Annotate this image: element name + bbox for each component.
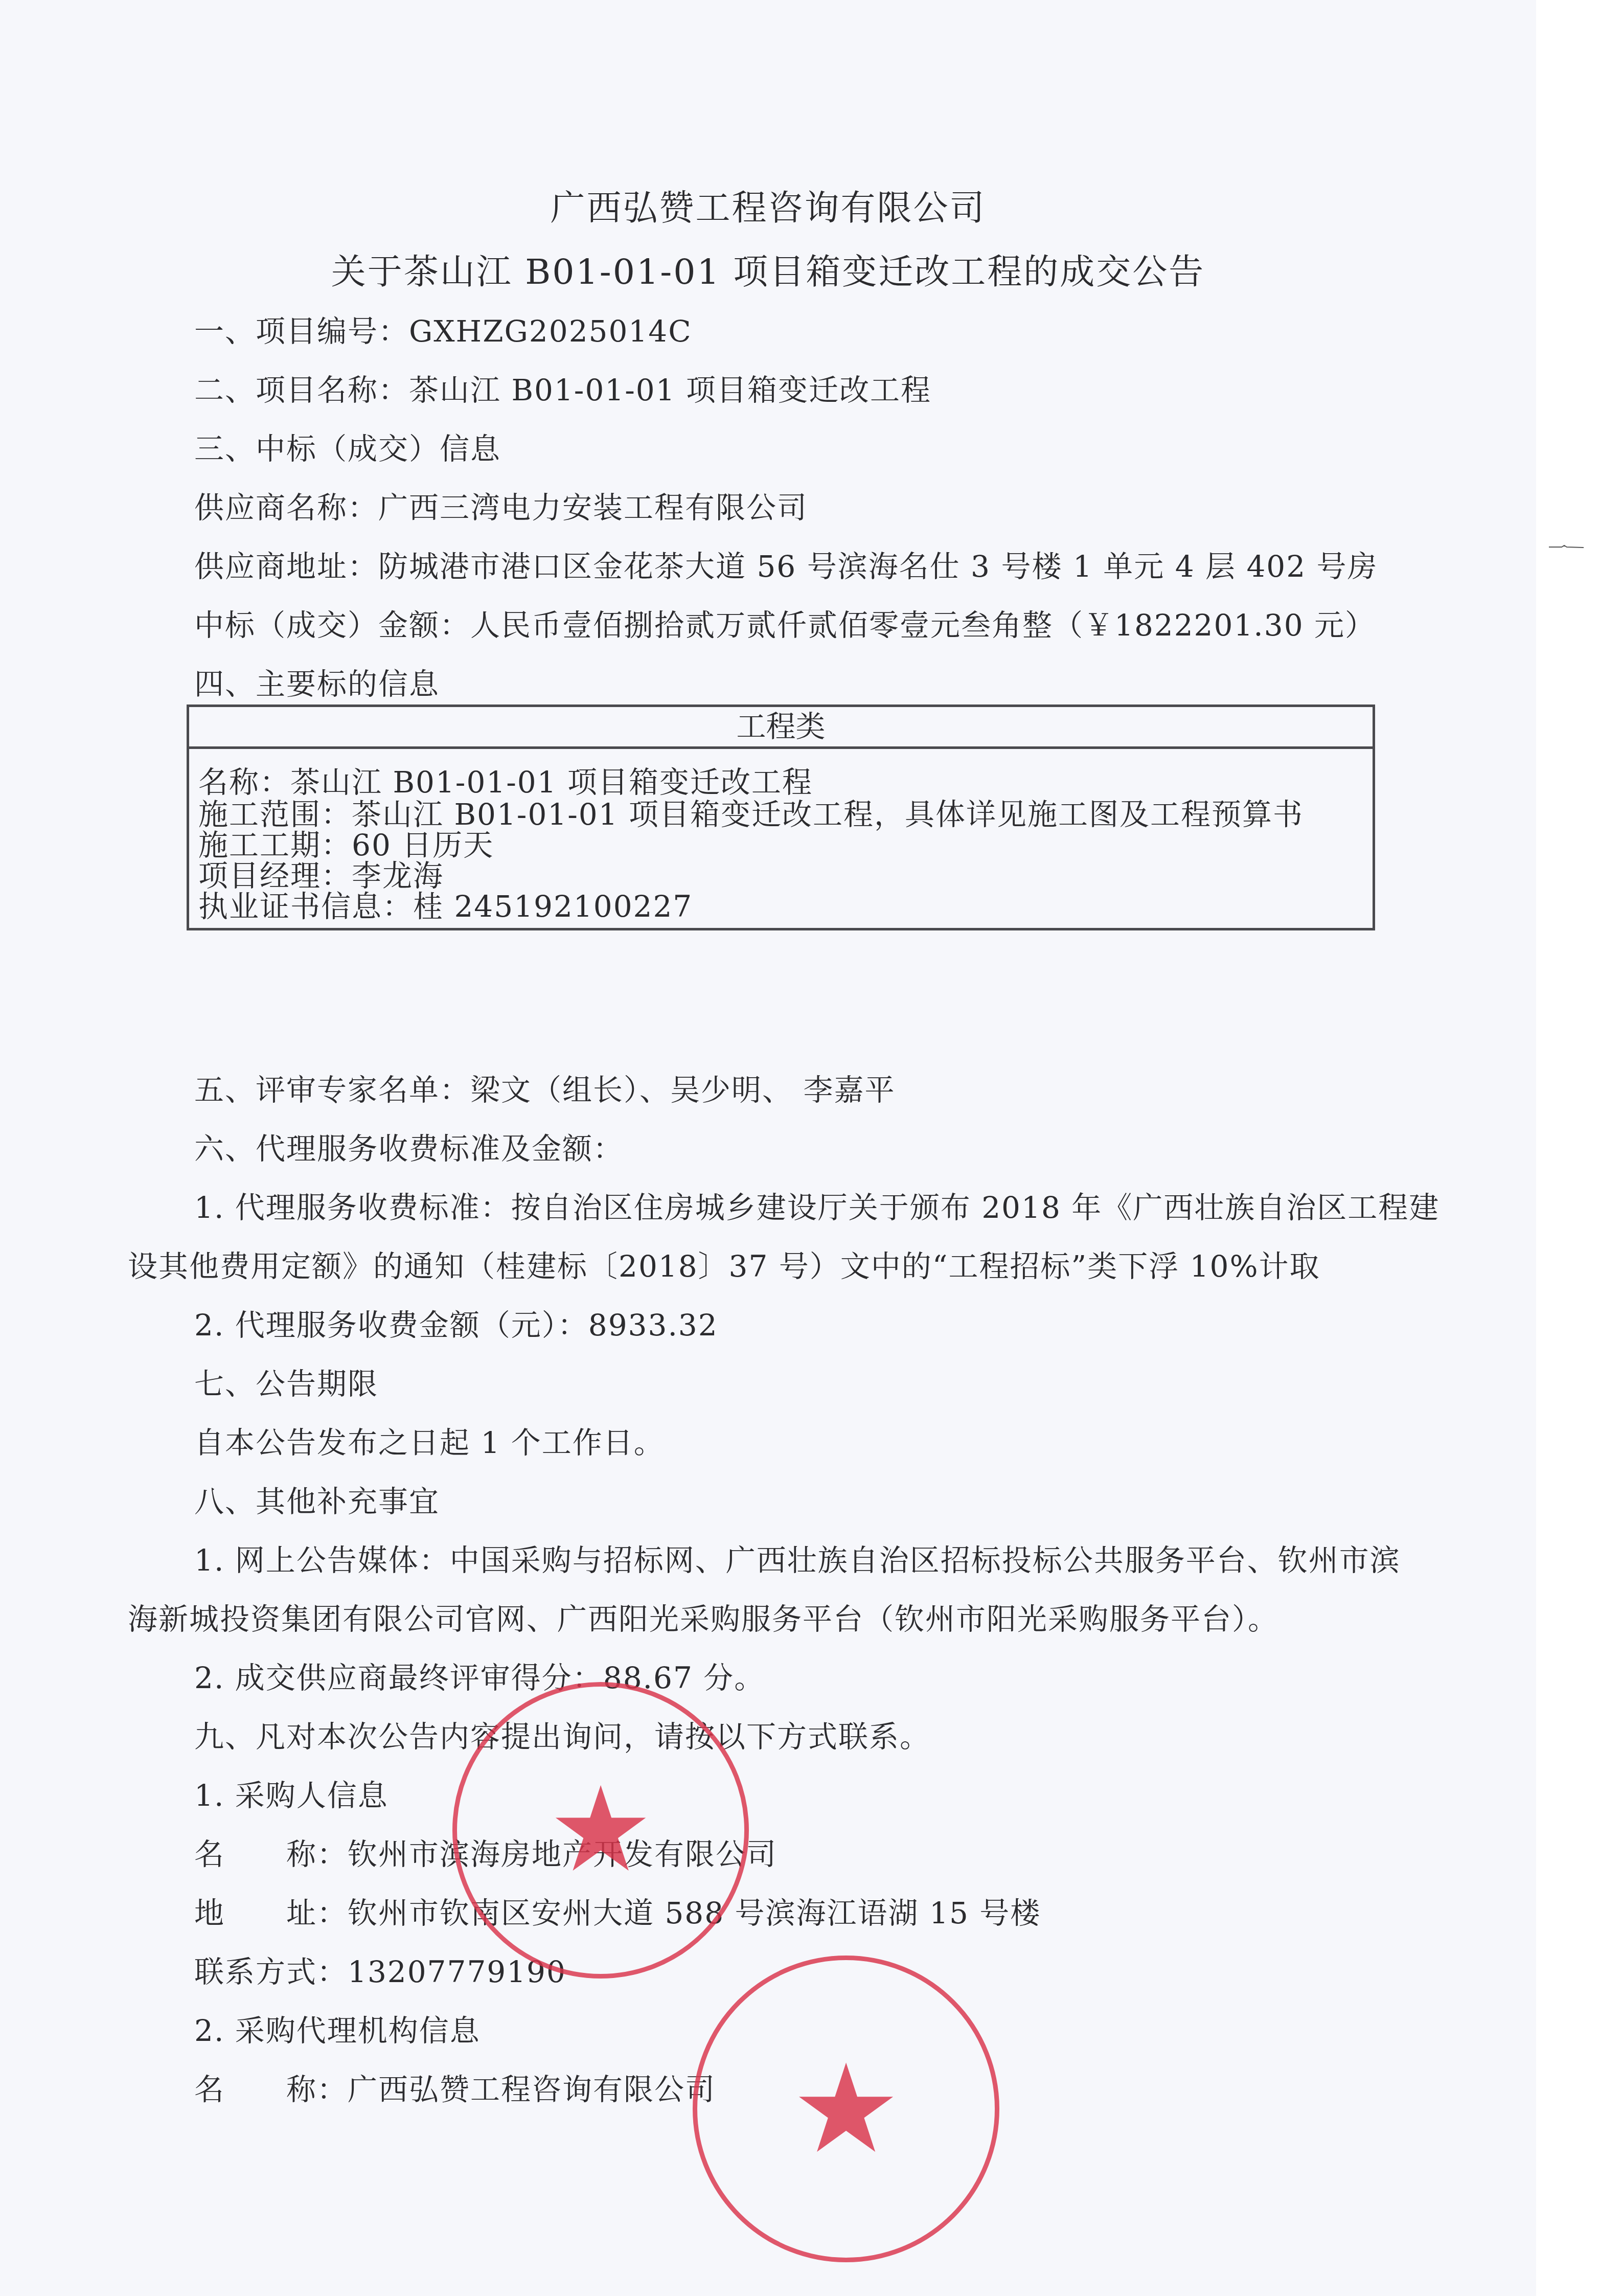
table-row: 名称：茶山江 B01-01-01 项目箱变迁改工程	[198, 764, 813, 800]
purchaser-heading: 1. 采购人信息	[194, 1778, 389, 1813]
agency-fee-standard-cont: 设其他费用定额》的通知（桂建标〔2018〕37 号）文中的“工程招标”类下浮 1…	[128, 1248, 1320, 1284]
agency-fee-standard: 1. 代理服务收费标准：按自治区住房城乡建设厅关于颁布 2018 年《广西壮族自…	[194, 1190, 1440, 1225]
agency-heading: 2. 采购代理机构信息	[194, 2013, 481, 2049]
agency-seal: ★	[693, 1956, 999, 2262]
table-row: 执业证书信息：桂 245192100227	[198, 889, 693, 924]
purchaser-phone: 联系方式：13207779190	[194, 1954, 566, 1990]
notice-period-text: 自本公告发布之日起 1 个工作日。	[194, 1425, 665, 1461]
supplier-name: 供应商名称：广西三湾电力安装工程有限公司	[194, 490, 808, 526]
experts-list: 五、评审专家名单：梁文（组长）、吴少明、 李嘉平	[194, 1072, 895, 1108]
star-icon: ★	[791, 2048, 901, 2170]
other-heading: 八、其他补充事宜	[194, 1484, 440, 1519]
supplier-address: 供应商地址：防城港市港口区金花茶大道 56 号滨海名仕 3 号楼 1 单元 4 …	[194, 549, 1378, 584]
agency-name: 名 称：广西弘赞工程咨询有限公司	[194, 2072, 716, 2107]
award-info-heading: 三、中标（成交）信息	[194, 431, 501, 467]
company-heading: 广西弘赞工程咨询有限公司	[0, 188, 1536, 229]
scan-mark	[1549, 544, 1585, 549]
project-number: 一、项目编号：GXHZG2025014C	[194, 313, 692, 349]
publication-media: 1. 网上公告媒体：中国采购与招标网、广西壮族自治区招标投标公共服务平台、钦州市…	[194, 1542, 1401, 1578]
subject-heading: 四、主要标的信息	[194, 666, 440, 702]
agency-fee-heading: 六、代理服务收费标准及金额：	[194, 1131, 624, 1167]
notice-period-heading: 七、公告期限	[194, 1366, 378, 1402]
final-score: 2. 成交供应商最终评审得分：88.67 分。	[194, 1660, 765, 1696]
project-name: 二、项目名称：茶山江 B01-01-01 项目箱变迁改工程	[194, 372, 931, 408]
star-icon: ★	[548, 1771, 653, 1889]
agency-fee-amount: 2. 代理服务收费金额（元）：8933.32	[194, 1307, 718, 1343]
purchaser-seal: ★	[452, 1682, 749, 1979]
subject-table: 工程类 名称：茶山江 B01-01-01 项目箱变迁改工程 施工范围：茶山江 B…	[187, 704, 1375, 930]
table-header: 工程类	[189, 707, 1373, 749]
publication-media-cont: 海新城投资集团有限公司官网、广西阳光采购服务平台（钦州市阳光采购服务平台）。	[128, 1601, 1278, 1637]
award-amount: 中标（成交）金额：人民币壹佰捌拾贰万贰仟贰佰零壹元叁角整（￥1822201.30…	[194, 607, 1376, 643]
announcement-title: 关于茶山江 B01-01-01 项目箱变迁改工程的成交公告	[0, 252, 1536, 293]
